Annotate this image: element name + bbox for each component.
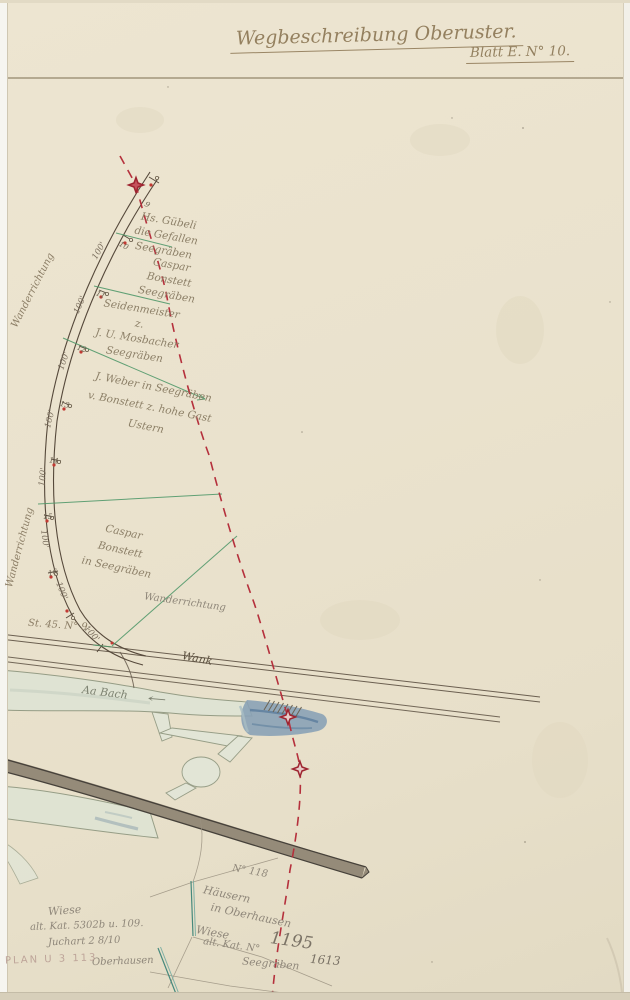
station-number: 15 (43, 512, 53, 521)
note-line: 1613 (310, 952, 341, 968)
teal-boundary-lines (158, 881, 196, 999)
scanned-map-sheet: Wegbeschreibung Oberuster. Blatt E. N° 1… (0, 0, 630, 1000)
mill-canal (152, 712, 252, 800)
note-line: Oberhausen (92, 955, 154, 968)
station-number: 14 (48, 455, 59, 465)
river-flow-arrow: ← (147, 691, 167, 707)
map-drawing (0, 0, 630, 1000)
note-line: Wiese (48, 903, 82, 918)
sheet-number-label: Blatt E. N° 10. (466, 43, 575, 64)
distance-mark: 100' (37, 467, 49, 487)
scan-edges (0, 0, 630, 1000)
